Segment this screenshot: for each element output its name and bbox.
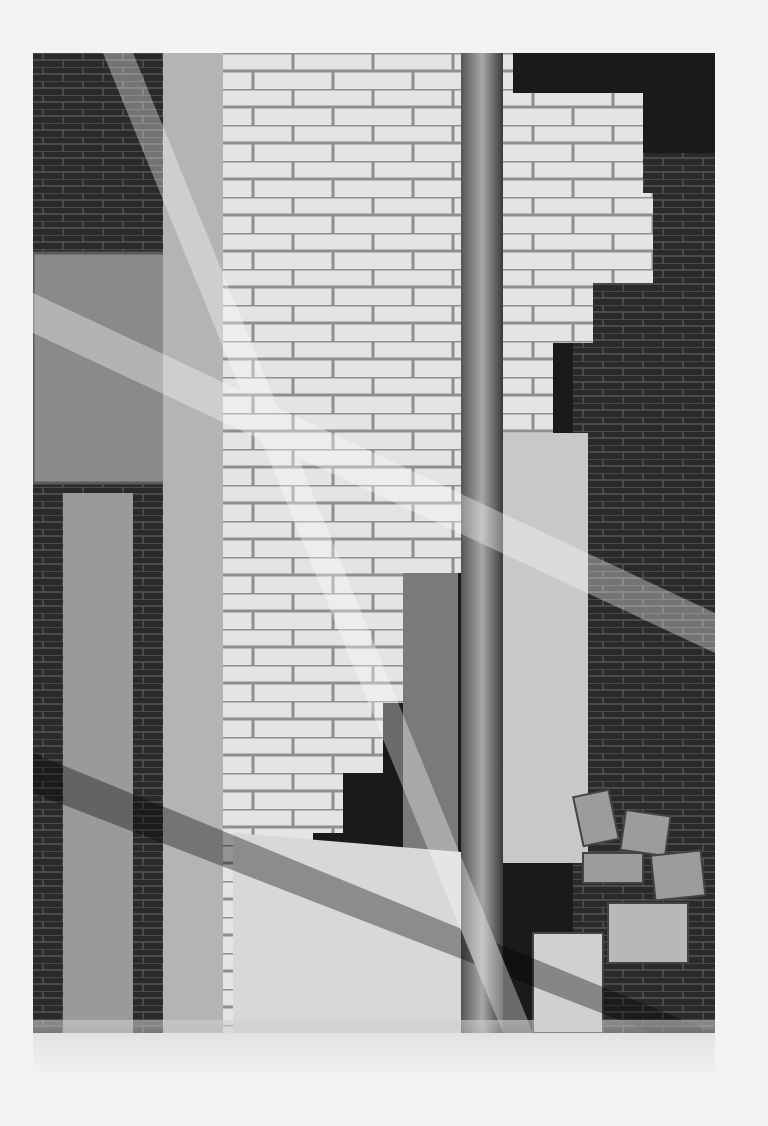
print-bottom-fade	[33, 1020, 715, 1080]
left-post	[63, 493, 133, 1033]
photograph	[33, 53, 715, 1033]
photo-scene	[33, 53, 715, 1033]
